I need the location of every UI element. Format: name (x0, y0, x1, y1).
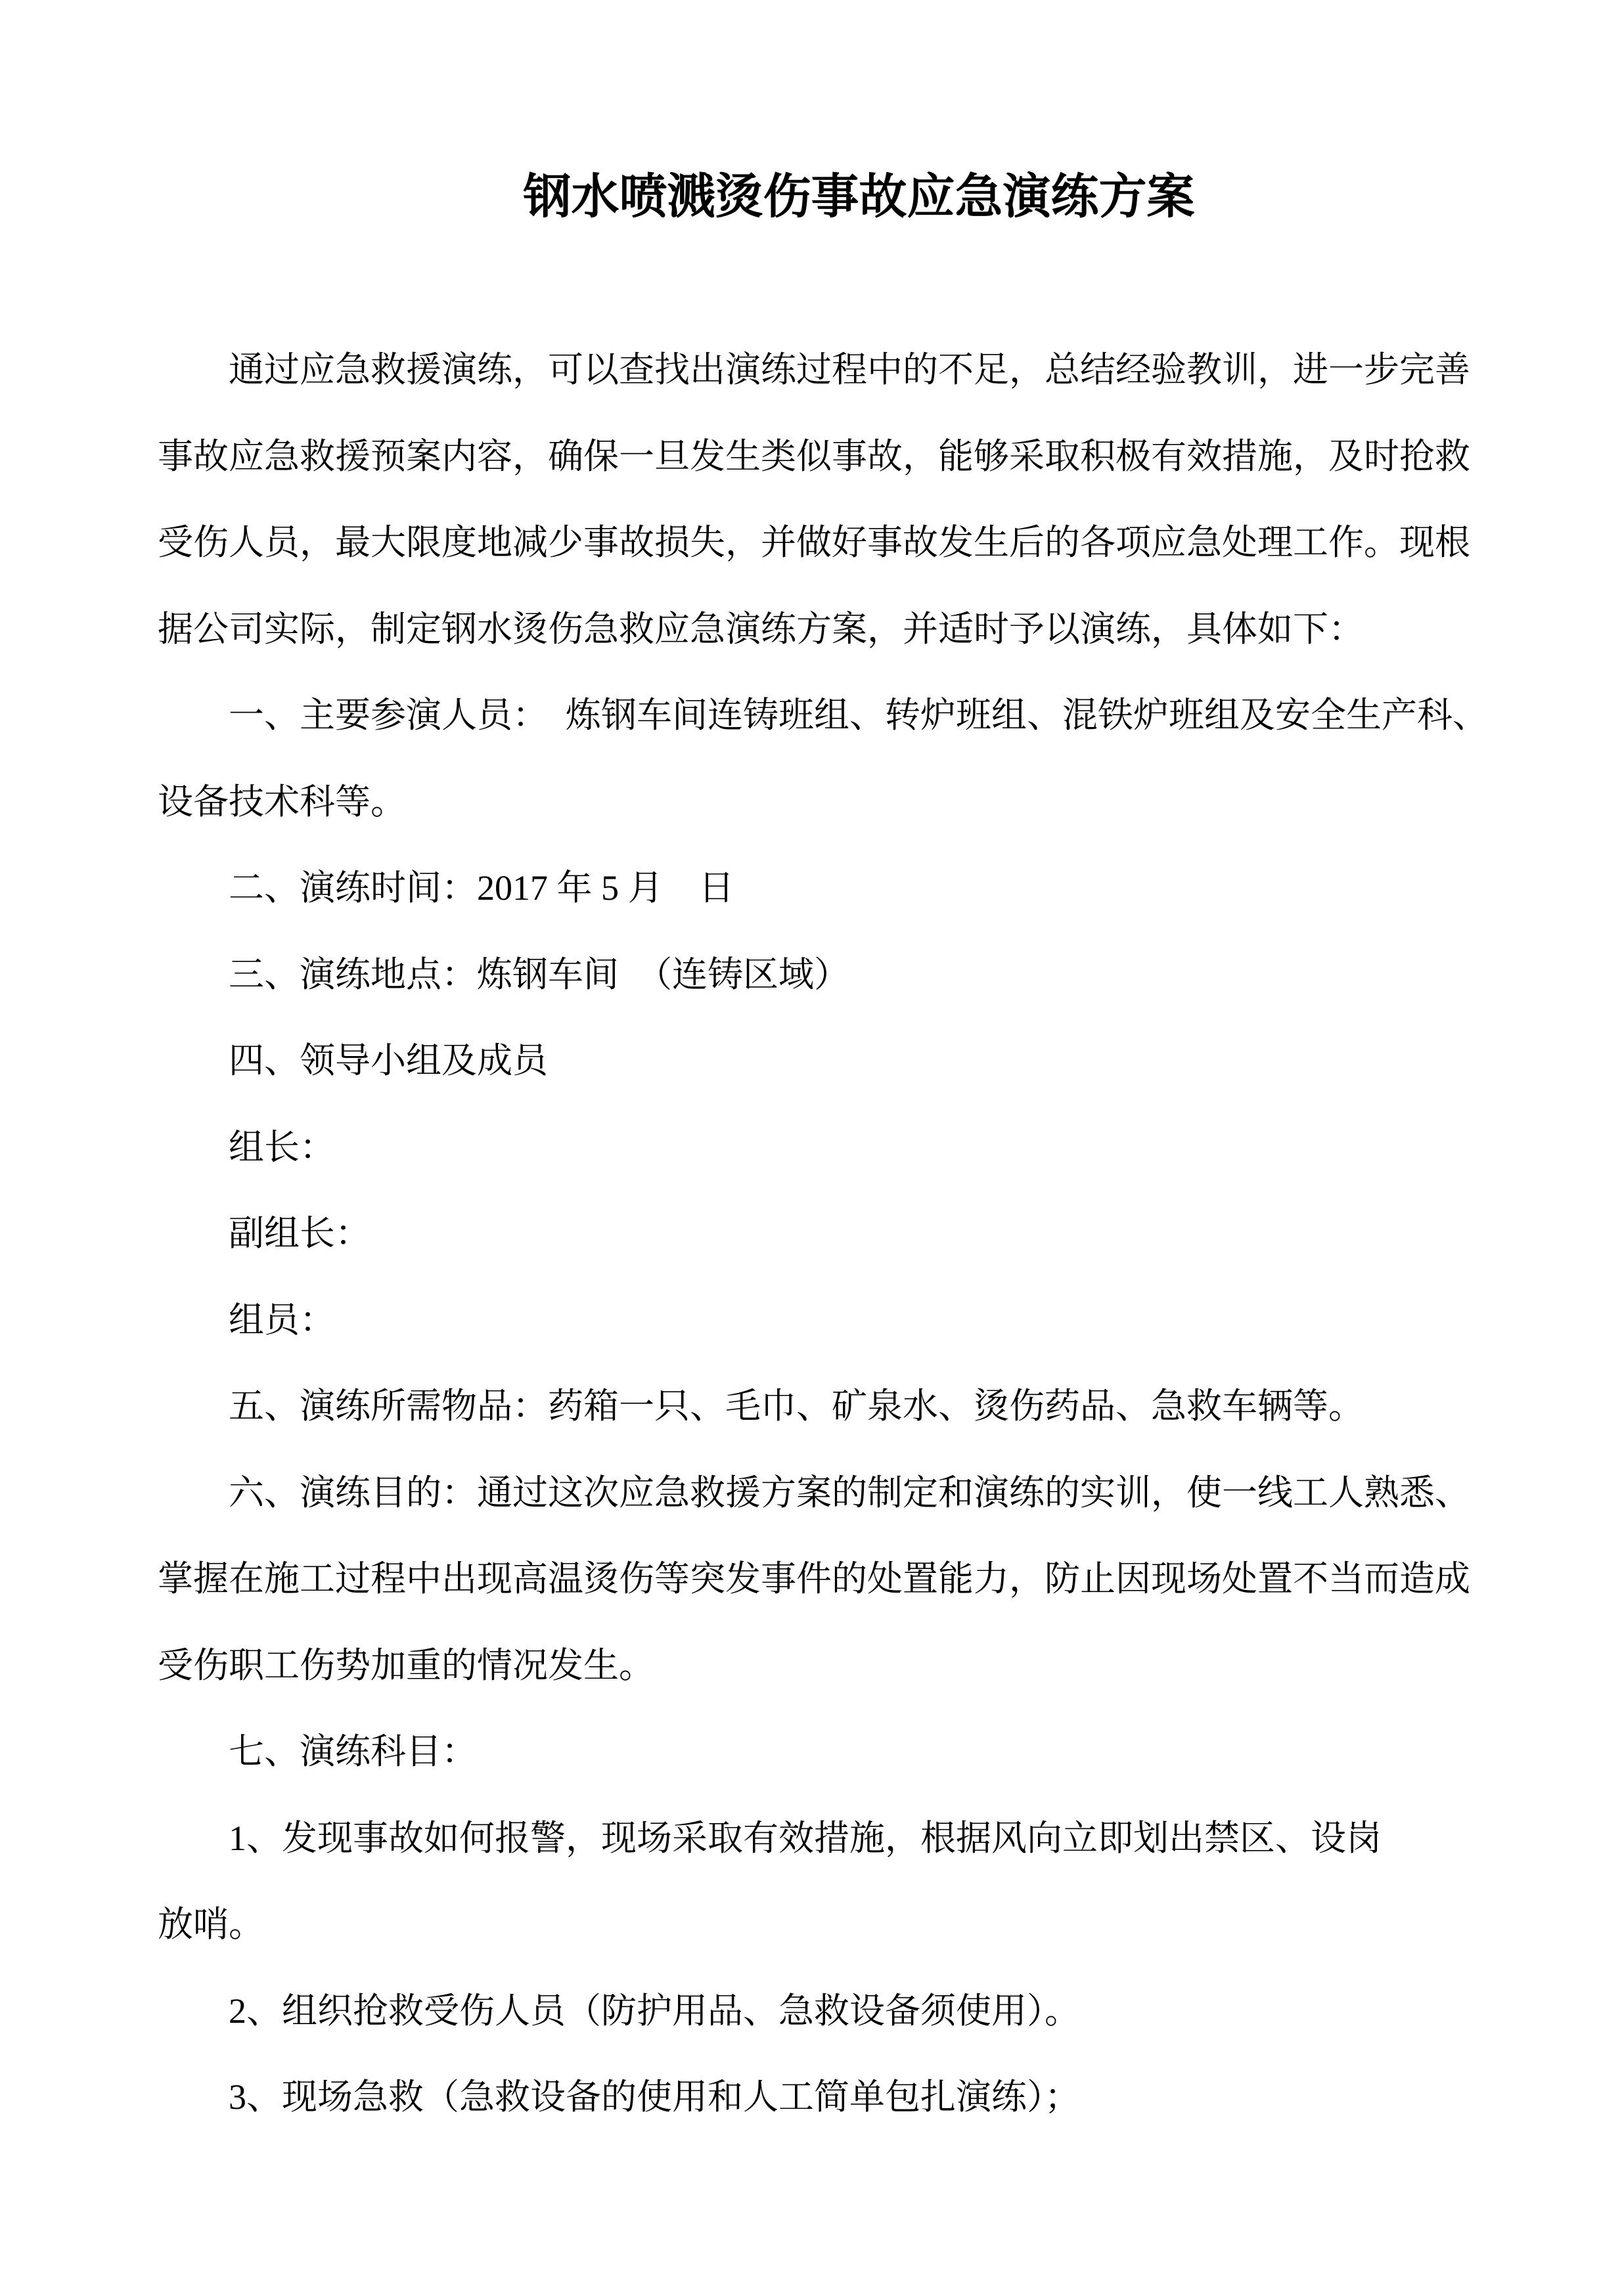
text-line: 组员： (158, 1277, 1472, 1364)
text-line: 五、演练所需物品：药箱一只、毛巾、矿泉水、烫伤药品、急救车辆等。 (158, 1363, 1472, 1450)
text-line: 通过应急救援演练，可以查找出演练过程中的不足，总结经验教训，进一步完善 (158, 327, 1472, 414)
text-line: 放哨。 (158, 1882, 1472, 1968)
document-body: 通过应急救援演练，可以查找出演练过程中的不足，总结经验教训，进一步完善事故应急救… (0, 327, 1622, 2141)
text-line: 据公司实际，制定钢水烫伤急救应急演练方案，并适时予以演练，具体如下： (158, 586, 1472, 673)
text-line: 事故应急救援预案内容，确保一旦发生类似事故，能够采取积极有效措施，及时抢救 (158, 414, 1472, 500)
text-line: 掌握在施工过程中出现高温烫伤等突发事件的处置能力，防止因现场处置不当而造成 (158, 1536, 1472, 1623)
text-line: 受伤人员，最大限度地减少事故损失，并做好事故发生后的各项应急处理工作。现根 (158, 500, 1472, 586)
text-line: 六、演练目的：通过这次应急救援方案的制定和演练的实训，使一线工人熟悉、 (158, 1450, 1472, 1537)
text-line: 3、现场急救（急救设备的使用和人工简单包扎演练）； (158, 2054, 1472, 2141)
text-line: 二、演练时间：2017 年 5 月 日 (158, 845, 1472, 932)
text-line: 四、领导小组及成员 (158, 1018, 1472, 1105)
document-page: 钢水喷溅烫伤事故应急演练方案 通过应急救援演练，可以查找出演练过程中的不足，总结… (0, 0, 1622, 2296)
text-line: 1、发现事故如何报警，现场采取有效措施，根据风向立即划出禁区、设岗 (158, 1796, 1472, 1882)
text-line: 受伤职工伤势加重的情况发生。 (158, 1623, 1472, 1710)
text-line: 2、组织抢救受伤人员（防护用品、急救设备须使用）。 (158, 1968, 1472, 2055)
document-title: 钢水喷溅烫伤事故应急演练方案 (0, 0, 1622, 229)
text-line: 设备技术科等。 (158, 759, 1472, 846)
text-line: 一、主要参演人员： 炼钢车间连铸班组、转炉班组、混铁炉班组及安全生产科、 (158, 673, 1472, 759)
text-line: 三、演练地点：炼钢车间 （连铸区域） (158, 932, 1472, 1019)
text-line: 副组长： (158, 1191, 1472, 1277)
text-line: 七、演练科目： (158, 1709, 1472, 1796)
text-line: 组长： (158, 1105, 1472, 1191)
